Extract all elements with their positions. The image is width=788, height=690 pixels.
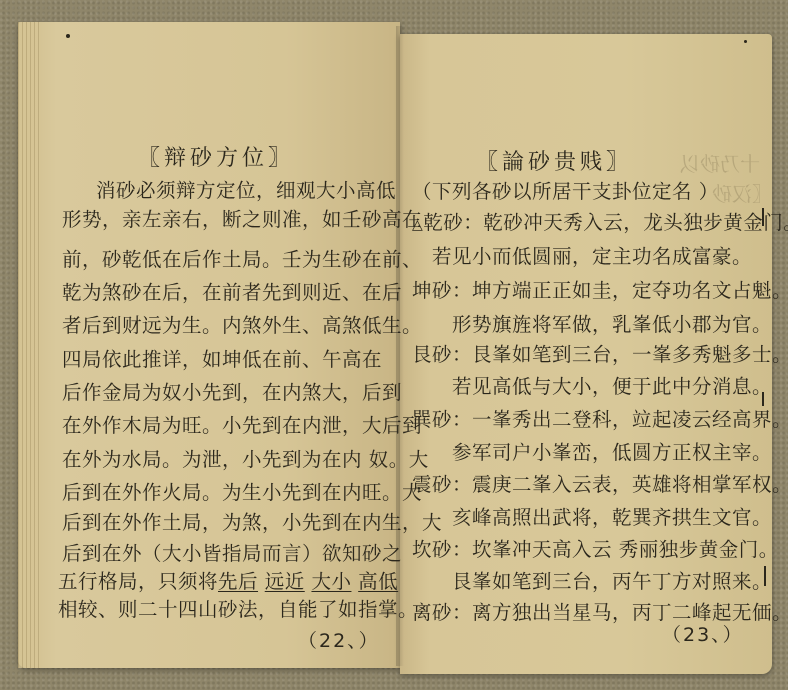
page-stack-edges [18,22,40,668]
text-line: 在外为水局。为泄，小先到为在内 奴。大 [62,450,429,470]
left-page-title: 〖辩砂方位〗 [138,148,294,170]
triangle-marker-icon: △ [412,217,423,233]
text-line: 若见高低与大小，便于此中分消息。 [412,377,772,397]
underlined-term: 大小 [311,570,351,593]
text-line: 参军司户小峯峦，低圆方正权主宰。 [412,443,772,463]
text-line: 若见小而低圆丽，定主功名成富豪。 [412,247,752,267]
text-line: 形势旗旌将军做，乳峯低小郡为官。 [412,315,772,335]
text-line: 相较、则二十四山砂法，自能了如指掌。 [58,600,418,620]
text-line: 巽砂：一峯秀出二登科，竝起凌云经高界。 [412,410,788,430]
right-page-title: 〖論砂贵贱〗 [476,152,632,174]
text-line: 震砂：震庚二峯入云表，英雄将相掌军权。 [412,475,788,495]
underlined-term: 远近 [265,570,305,593]
margin-bar [762,208,764,226]
text-line: 坤砂：坤方端正正如圭，定夺功名文占魁。 [412,281,788,301]
text-line: 亥峰高照出武将，乾巽齐拱生文官。 [412,508,772,528]
margin-bar [762,392,764,406]
text-line: 后到在外（大小皆指局而言）欲知砂之 [62,544,402,564]
text-line: 乾为煞砂在后，在前者先到则近、在后 [62,283,402,303]
text-segment: 五行格局，只须将 [58,570,218,593]
text-line: 坎砂：坎峯冲天高入云 秀丽独步黄金门。 [412,540,779,560]
underlined-term: 高低 [358,570,398,593]
text-line: 前，砂乾低在后作土局。壬为生砂在前、 [62,250,422,270]
text-line: 后到在外作土局，为煞，小先到在内生，大 [62,513,442,533]
text-line: 消砂必须辩方定位，细观大小高低 [96,181,396,201]
text-line: 者后到财远为生。内煞外生、高煞低生。 [62,316,422,336]
text-line: 五行格局，只须将先后 远近 大小 高低 [58,572,398,592]
text-line: 艮砂：艮峯如笔到三台，一峯多秀魁多士。 [412,345,788,365]
text-line: 艮峯如笔到三台，丙午丁方对照来。 [412,572,772,592]
underlined-term: 先后 [218,570,258,593]
text-line: 四局依此推详，如坤低在前、午高在 [62,350,382,370]
margin-bar [764,566,766,586]
page-number-left: （22、） [298,632,380,651]
bleed-through-text: 〖汉砂 [712,178,772,207]
page-number-right: （23、） [662,626,744,645]
ink-speck [744,40,747,43]
subtitle-line: （下列各砂以所居干支卦位定名 ） [412,182,719,202]
text-line: 形势，亲左亲右，断之则准，如壬砂高在 [62,210,422,230]
bleed-through-text: 十乃砂以 [680,148,760,177]
text-line: 在外作木局为旺。小先到在内泄，大后到 [62,416,422,436]
text-line: △乾砂：乾砂冲天秀入云，龙头独步黄金门。 [412,213,788,233]
text-line: 离砂：离方独出当星马，丙丁二峰起无価。 [412,603,788,623]
text-line: 后到在外作火局。为生小先到在内旺。大 [62,483,422,503]
ink-speck [66,34,70,38]
text-line: 后作金局为奴小先到，在内煞大，后到 [62,383,402,403]
